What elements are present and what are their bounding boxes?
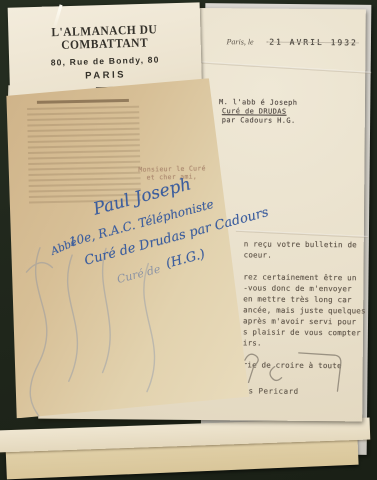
letterhead-title: L'ALMANACH DU COMBATTANT	[8, 22, 201, 53]
recipient-line: par Cadours H.G.	[222, 116, 298, 126]
dateline-prefix: Paris, le	[226, 37, 253, 46]
scanned-document-photo: Paris, le 21 AVRIL 1932 M. l'abb é Josep…	[0, 0, 377, 480]
letterhead-address: 80, Rue de Bondy, 80	[9, 53, 201, 68]
faint-printed-heading	[37, 99, 129, 104]
handwritten-department: (H.G.)	[164, 247, 206, 272]
paper-crease	[201, 62, 371, 74]
dateline: Paris, le 21 AVRIL 1932	[226, 29, 358, 49]
recipient-address-block: M. l'abb é Joseph Curé de DRUDAS par Cad…	[219, 98, 298, 126]
letterhead-city: PARIS	[9, 67, 201, 83]
